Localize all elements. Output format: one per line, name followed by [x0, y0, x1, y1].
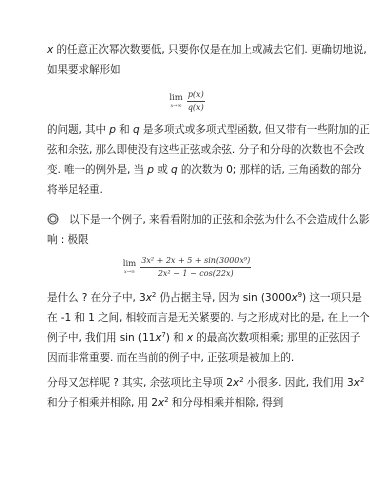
math-variable: q: [171, 164, 178, 176]
math-variable: p: [109, 124, 116, 136]
text-span: 和: [116, 124, 133, 136]
lim-subscript: x→∞: [124, 269, 135, 275]
text-span: 和分子相乘并相除, 用 2: [47, 397, 158, 409]
text-span: 的任意正次幂次数要低, 只要你仅是在加上或减去它们. 更确切地说,: [53, 44, 366, 56]
example-target-icon: [47, 212, 59, 224]
text-line: 的问题, 其中 p 和 q 是多项式或多项式型函数, 但又带有一些附加的正: [47, 120, 327, 140]
text-span: 变. 唯一的例外是, 当: [47, 164, 147, 176]
text-line: 如果要求解形如: [47, 60, 327, 80]
text-span: 或: [154, 164, 171, 176]
text-line: 弦和余弦, 那么即使没有这些正弦或余弦. 分子和分母的次数也不会改: [47, 140, 327, 160]
text-span: 是什么 ? 在分子中, 3: [47, 292, 146, 304]
text-line: 例子中, 我们用 sin (11x7) 和 x 的最高次数项相乘; 那里的正弦因…: [47, 328, 327, 348]
text-span: 的最高次数项相乘; 那里的正弦因子: [193, 332, 360, 344]
text-span: 的问题, 其中: [47, 124, 109, 136]
text-span: 小很多. 因此, 我们用 3: [243, 377, 353, 389]
text-span: 和分母相乘并相除, 得到: [168, 397, 283, 409]
text-line: 和分子相乘并相除, 用 2x2 和分母相乘并相除, 得到: [47, 393, 327, 413]
text-span: 以下是一个例子, 来看看附加的正弦和余弦为什么不会造成什么影: [69, 214, 369, 226]
limit-formula-pq: lim x→∞ p(x) q(x): [47, 86, 327, 116]
text-line: x 的任意正次幂次数要低, 只要你仅是在加上或减去它们. 更确切地说,: [47, 40, 327, 60]
denominator: q(x): [188, 102, 204, 113]
text-span: ) 和: [166, 332, 187, 344]
numerator: 3x² + 2x + 5 + sin(3000x⁹): [140, 256, 251, 268]
math-variable: p: [147, 164, 154, 176]
limit-operator: lim x→∞: [169, 94, 183, 109]
text-line: 将举足轻重.: [47, 180, 327, 200]
text-line: 在 -1 和 1 之间, 相较而言是无关紧要的. 与之形成对比的是, 在上一个: [47, 308, 327, 328]
text-span: ) 这一项只是: [302, 292, 362, 304]
text-line: 是什么 ? 在分子中, 3x2 仍占据主导, 因为 sin (3000x9) 这…: [47, 288, 327, 308]
text-span: 是多项式或多项式型函数, 但又带有一些附加的正: [140, 124, 370, 136]
exponent: 2: [360, 376, 364, 384]
text-line: 变. 唯一的例外是, 当 p 或 q 的次数为 0; 那样的话, 三角函数的部分: [47, 160, 327, 180]
paragraph-4: 是什么 ? 在分子中, 3x2 仍占据主导, 因为 sin (3000x9) 这…: [47, 288, 327, 368]
text-line: 因而非常重要. 而在当前的例子中, 正弦项是被加上的.: [47, 348, 327, 368]
paragraph-5: 分母又怎样呢 ? 其实, 余弦项比主导项 2x2 小很多. 因此, 我们用 3x…: [47, 373, 327, 413]
lim-label: lim: [123, 260, 137, 269]
limit-formula-example: lim x→∞ 3x² + 2x + 5 + sin(3000x⁹) 2x² −…: [47, 252, 327, 282]
paragraph-1: x 的任意正次幂次数要低, 只要你仅是在加上或减去它们. 更确切地说, 如果要求…: [47, 40, 327, 80]
text-line: 分母又怎样呢 ? 其实, 余弦项比主导项 2x2 小很多. 因此, 我们用 3x…: [47, 373, 327, 393]
paragraph-3: 以下是一个例子, 来看看附加的正弦和余弦为什么不会造成什么影 响 : 极限: [47, 210, 327, 250]
numerator: p(x): [187, 90, 205, 102]
lim-label: lim: [169, 94, 183, 103]
math-variable: q: [133, 124, 140, 136]
text-span: 例子中, 我们用 sin (11: [47, 332, 155, 344]
document-page: x 的任意正次幂次数要低, 只要你仅是在加上或减去它们. 更确切地说, 如果要求…: [47, 40, 327, 413]
fraction: 3x² + 2x + 5 + sin(3000x⁹) 2x² − 1 − cos…: [140, 256, 251, 279]
denominator: 2x² − 1 − cos(22x): [158, 268, 234, 279]
paragraph-2: 的问题, 其中 p 和 q 是多项式或多项式型函数, 但又带有一些附加的正 弦和…: [47, 120, 327, 200]
limit-operator: lim x→∞: [123, 260, 137, 275]
fraction: p(x) q(x): [187, 90, 205, 113]
text-line: 以下是一个例子, 来看看附加的正弦和余弦为什么不会造成什么影: [47, 210, 327, 230]
text-span: 分母又怎样呢 ? 其实, 余弦项比主导项 2: [47, 377, 233, 389]
text-line: 响 : 极限: [47, 230, 327, 250]
text-span: 仍占据主导, 因为 sin (3000: [156, 292, 291, 304]
text-span: 的次数为 0; 那样的话, 三角函数的部分: [178, 164, 362, 176]
lim-subscript: x→∞: [170, 103, 181, 109]
